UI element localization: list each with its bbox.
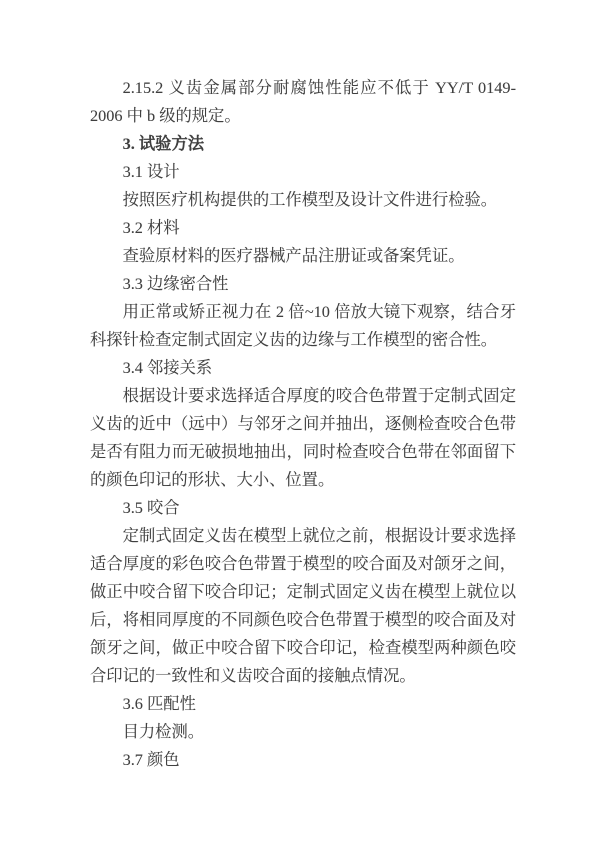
paragraph: 查验原材料的医疗器械产品注册证或备案凭证。 [90,242,516,270]
section-heading: 3.7 颜色 [90,746,516,774]
section-heading: 3.3 边缘密合性 [90,270,516,298]
section-heading: 3.2 材料 [90,214,516,242]
section-heading: 3.6 匹配性 [90,690,516,718]
section-heading: 3.1 设计 [90,158,516,186]
paragraph: 按照医疗机构提供的工作模型及设计文件进行检验。 [90,186,516,214]
paragraph: 根据设计要求选择适合厚度的咬合色带置于定制式固定义齿的近中（远中）与邻牙之间并抽… [90,382,516,494]
section-heading: 3. 试验方法 [90,130,516,158]
paragraph: 目力检测。 [90,718,516,746]
section-heading: 3.4 邻接关系 [90,354,516,382]
section-heading: 3.5 咬合 [90,494,516,522]
document-page: 2.15.2 义齿金属部分耐腐蚀性能应不低于 YY/T 0149-2006 中 … [0,0,600,848]
paragraph: 用正常或矫正视力在 2 倍~10 倍放大镜下观察，结合牙科探针检查定制式固定义齿… [90,298,516,354]
paragraph: 定制式固定义齿在模型上就位之前，根据设计要求选择适合厚度的彩色咬合色带置于模型的… [90,522,516,690]
document-body: 2.15.2 义齿金属部分耐腐蚀性能应不低于 YY/T 0149-2006 中 … [90,74,516,774]
paragraph: 2.15.2 义齿金属部分耐腐蚀性能应不低于 YY/T 0149-2006 中 … [90,74,516,130]
